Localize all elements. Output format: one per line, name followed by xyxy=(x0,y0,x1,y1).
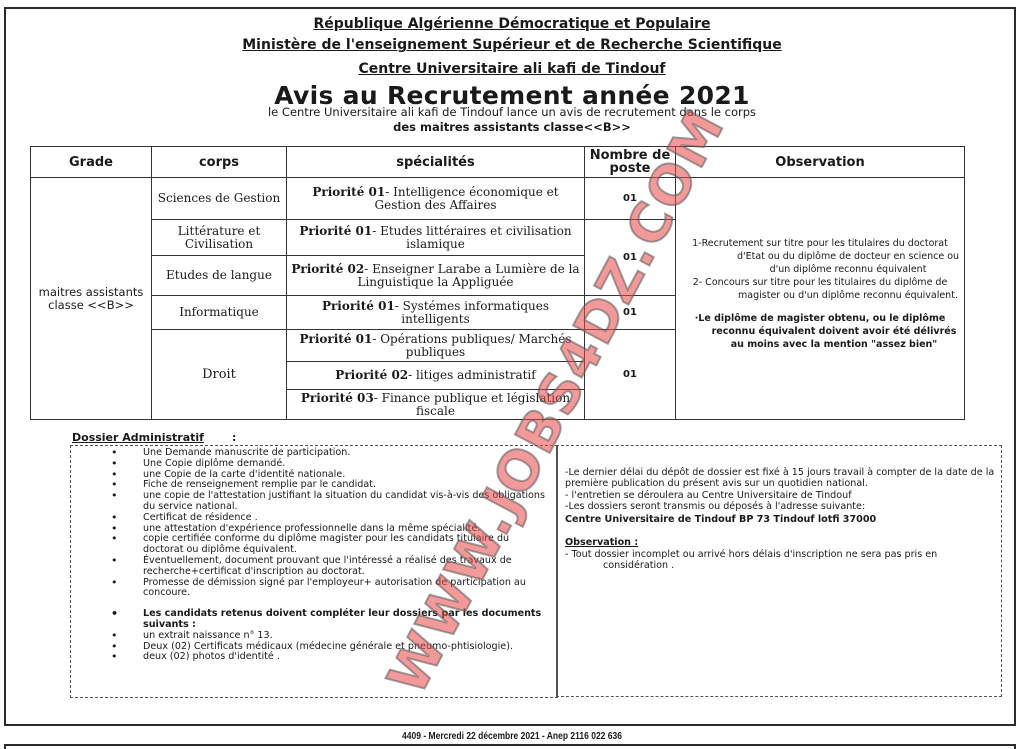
specialite-cell: Priorité 02- litiges administratif xyxy=(287,362,585,390)
postes-cell: 01 xyxy=(585,220,676,296)
specialite-text: - Etudes littéraires et civilisation isl… xyxy=(372,224,571,251)
postes-cell: 01 xyxy=(585,296,676,330)
observation-text: - Tout dossier incomplet ou arrivé hors … xyxy=(565,549,995,572)
specialite-text: - Opérations publiques/ Marchés publique… xyxy=(372,332,571,359)
priority-label: Priorité 01 xyxy=(312,185,385,199)
corps-cell: Droit xyxy=(152,330,287,420)
footer-publication-info: 4409 - Mercredi 22 décembre 2021 - Anep … xyxy=(77,731,947,742)
specialite-text: - Finance publique et législation fiscal… xyxy=(374,391,570,418)
corps-cell: Etudes de langue xyxy=(152,256,287,296)
specialite-cell: Priorité 02- Enseigner Larabe a Lumière … xyxy=(287,256,585,296)
table-header-row: Grade corps spécialités Nombre de poste … xyxy=(31,147,965,178)
specialite-cell: Priorité 03- Finance publique et législa… xyxy=(287,390,585,420)
priority-label: Priorité 02 xyxy=(291,262,364,276)
list-item: Une Copie diplôme demandé. xyxy=(111,459,551,470)
intro-corps: des maitres assistants classe<<B>> xyxy=(0,120,1024,134)
specialite-text: - Intelligence économique et Gestion des… xyxy=(375,185,559,212)
header-republic: République Algérienne Démocratique et Po… xyxy=(0,16,1024,32)
specialite-cell: Priorité 01- Intelligence économique et … xyxy=(287,178,585,220)
list-item: Certificat de résidence . xyxy=(111,513,551,524)
priority-label: Priorité 01 xyxy=(300,332,373,346)
postes-cell: 01 xyxy=(585,330,676,420)
list-item: copie certifiée conforme du diplôme magi… xyxy=(111,534,551,556)
specialite-text: - Systémes informatiques intelligents xyxy=(395,299,549,326)
observation-item-2: 2- Concours sur titre pour les titulaire… xyxy=(680,276,960,302)
col-grade: Grade xyxy=(31,147,152,178)
list-item: deux (02) photos d'identité . xyxy=(111,652,551,663)
header-centre: Centre Universitaire ali kafi de Tindouf xyxy=(0,61,1024,77)
dossier-list: Une Demande manuscrite de participation.… xyxy=(111,448,551,663)
specialite-cell: Priorité 01- Etudes littéraires et civil… xyxy=(287,220,585,256)
dossier-colon: : xyxy=(232,431,236,444)
recruitment-table: Grade corps spécialités Nombre de poste … xyxy=(30,146,965,420)
observation-note: ·Le diplôme de magister obtenu, ou le di… xyxy=(680,312,960,351)
table-row: maitres assistants classe <<B>> Sciences… xyxy=(31,178,965,220)
retenus-title: Les candidats retenus doivent compléter … xyxy=(111,609,551,631)
list-item: Promesse de démission signé par l'employ… xyxy=(111,578,551,600)
list-item: un extrait naissance n° 13. xyxy=(111,631,551,642)
corps-cell: Littérature et Civilisation xyxy=(152,220,287,256)
deadline-text: -Le dernier délai du dépôt de dossier es… xyxy=(565,467,995,490)
dossier-title: Dossier Administratif xyxy=(72,431,204,444)
info-box: -Le dernier délai du dépôt de dossier es… xyxy=(556,445,1002,697)
observation-title: Observation : xyxy=(565,537,995,548)
col-corps: corps xyxy=(152,147,287,178)
priority-label: Priorité 01 xyxy=(299,224,372,238)
col-observation: Observation xyxy=(676,147,965,178)
observation-cell: 1-Recrutement sur titre pour les titulai… xyxy=(676,178,965,420)
priority-label: Priorité 01 xyxy=(322,299,395,313)
dossier-box: Une Demande manuscrite de participation.… xyxy=(70,445,558,698)
list-item: une copie de l'attestation justifiant la… xyxy=(111,491,551,513)
corps-cell: Sciences de Gestion xyxy=(152,178,287,220)
specialite-text: - litiges administratif xyxy=(408,368,536,382)
interview-text: - l'entretien se déroulera au Centre Uni… xyxy=(565,490,995,501)
specialite-cell: Priorité 01- Opérations publiques/ March… xyxy=(287,330,585,362)
corps-cell: Informatique xyxy=(152,296,287,330)
specialite-cell: Priorité 01- Systémes informatiques inte… xyxy=(287,296,585,330)
specialite-text: - Enseigner Larabe a Lumière de la Lingu… xyxy=(357,262,579,289)
observation-item-1: 1-Recrutement sur titre pour les titulai… xyxy=(680,237,960,276)
address-intro: -Les dossiers seront transmis ou déposés… xyxy=(565,501,995,512)
header-ministry: Ministère de l'enseignement Supérieur et… xyxy=(0,37,1024,53)
grade-cell: maitres assistants classe <<B>> xyxy=(31,178,152,420)
col-specialites: spécialités xyxy=(287,147,585,178)
address: Centre Universitaire de Tindouf BP 73 Ti… xyxy=(565,514,995,525)
col-nombre-poste: Nombre de poste xyxy=(585,147,676,178)
priority-label: Priorité 03 xyxy=(301,391,374,405)
intro-text: le Centre Universitaire ali kafi de Tind… xyxy=(0,105,1024,119)
list-item: Éventuellement, document prouvant que l'… xyxy=(111,556,551,578)
priority-label: Priorité 02 xyxy=(335,368,408,382)
next-page-frame xyxy=(4,744,1016,749)
postes-cell: 01 xyxy=(585,178,676,220)
